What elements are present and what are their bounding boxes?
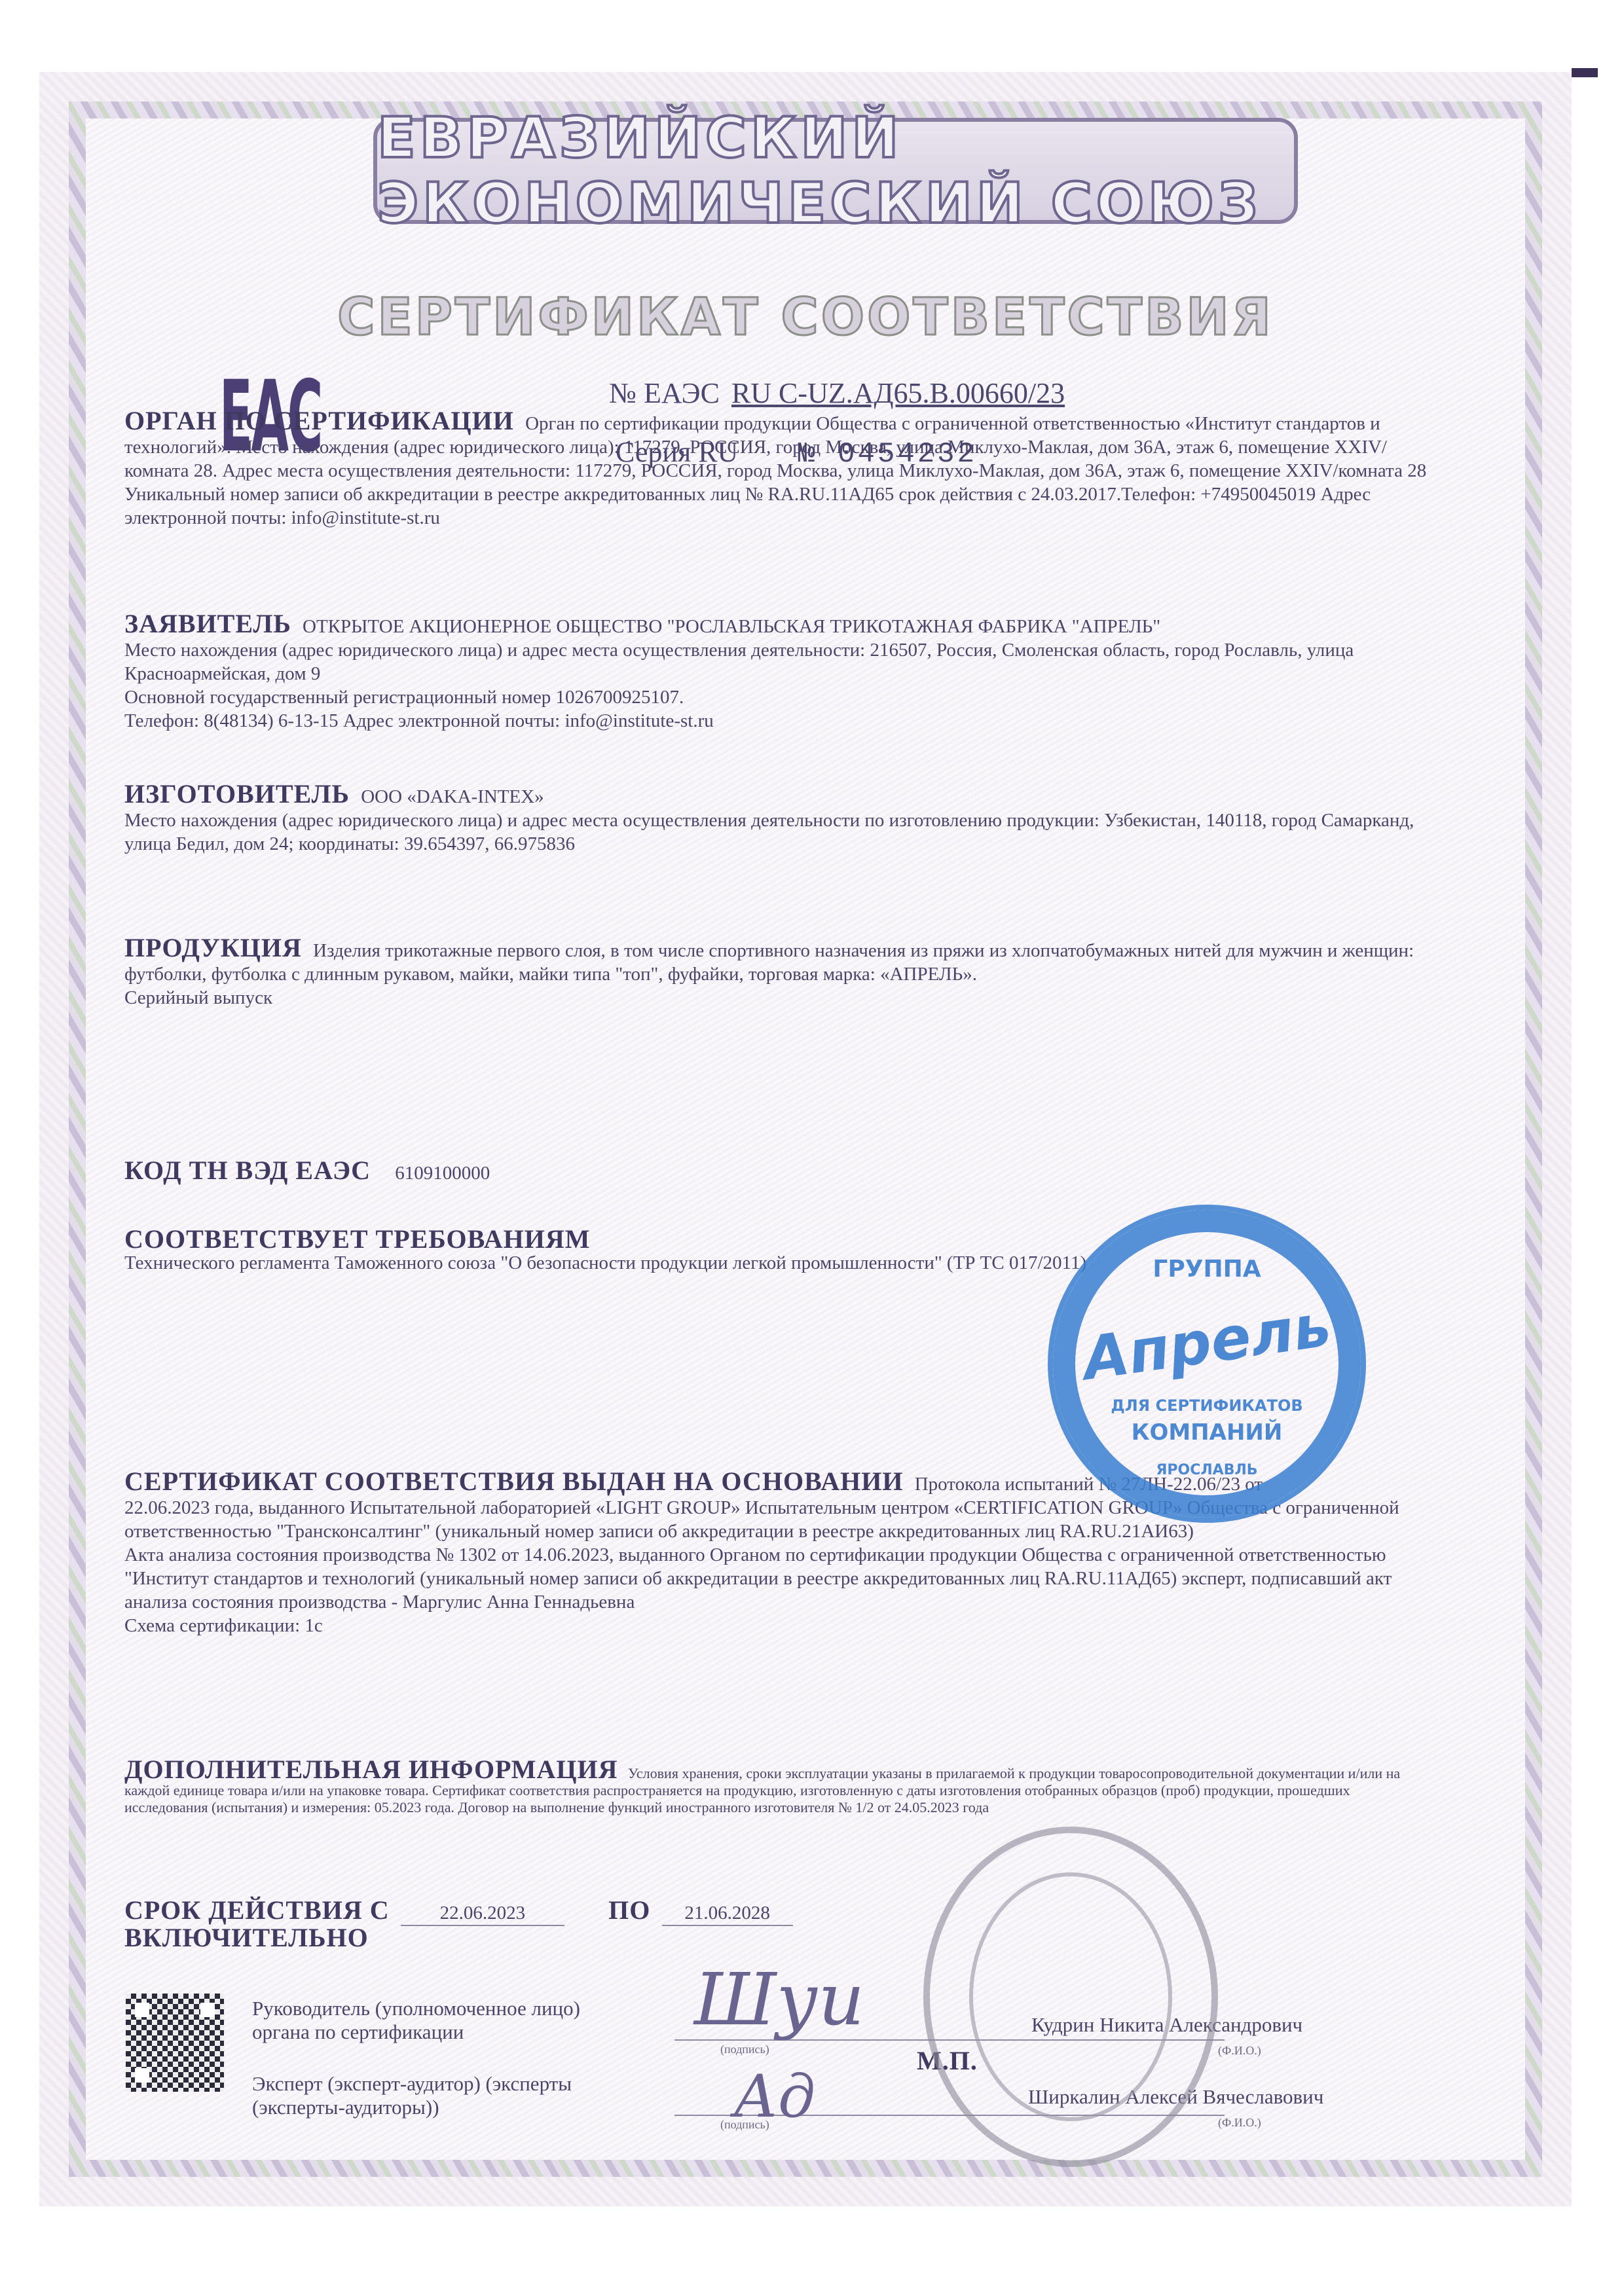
section-manufacturer: ИЗГОТОВИТЕЛЬ ООО «DAKA-INTEX» Место нахо… [124,782,1434,856]
scan-edge-mark [1572,68,1598,77]
section-product: ПРОДУКЦИЯ Изделия трикотажные первого сл… [124,936,1434,1010]
valid-to: 21.06.2028 [662,1901,793,1926]
certificate-number: № ЕАЭСRU C-UZ.АД65.В.00660/23 [609,376,1065,410]
union-banner-text: ЕВРАЗИЙСКИЙ ЭКОНОМИЧЕСКИЙ СОЮЗ [377,105,1294,236]
section-additional: ДОПОЛНИТЕЛЬНАЯ ИНФОРМАЦИЯ Условия хранен… [124,1761,1434,1816]
qr-code [126,1994,224,2092]
valid-from: 22.06.2023 [401,1901,564,1926]
certificate-sheet: ЕВРАЗИЙСКИЙ ЭКОНОМИЧЕСКИЙ СОЮЗ СЕРТИФИКА… [39,72,1572,2206]
section-validity: СРОК ДЕЙСТВИЯ С 22.06.2023 ПО 21.06.2028… [124,1899,910,1952]
cert-number-value: RU C-UZ.АД65.В.00660/23 [731,377,1065,409]
expert-signature-label: Эксперт (эксперт-аудитор) (эксперты (экс… [252,2072,619,2119]
applicant-stamp: ГРУППА Апрель ДЛЯ СЕРТИФИКАТОВ КОМПАНИЙ … [1048,1205,1366,1523]
section-organ: ОРГАН ПО СЕРТИФИКАЦИИ Орган по сертифика… [124,409,1434,530]
certificate-title: СЕРТИФИКАТ СООТВЕТСТВИЯ [39,288,1572,347]
section-applicant: ЗАЯВИТЕЛЬ ОТКРЫТОЕ АКЦИОНЕРНОЕ ОБЩЕСТВО … [124,612,1434,733]
section-hs-code: КОД ТН ВЭД ЕАЭС 6109100000 [124,1159,490,1185]
head-signature-label: Руководитель (уполномоченное лицо) орган… [252,1997,619,2044]
union-banner: ЕВРАЗИЙСКИЙ ЭКОНОМИЧЕСКИЙ СОЮЗ [373,118,1298,224]
organ-stamp [923,1827,1218,2167]
head-signature: Шуи [694,1958,864,2041]
